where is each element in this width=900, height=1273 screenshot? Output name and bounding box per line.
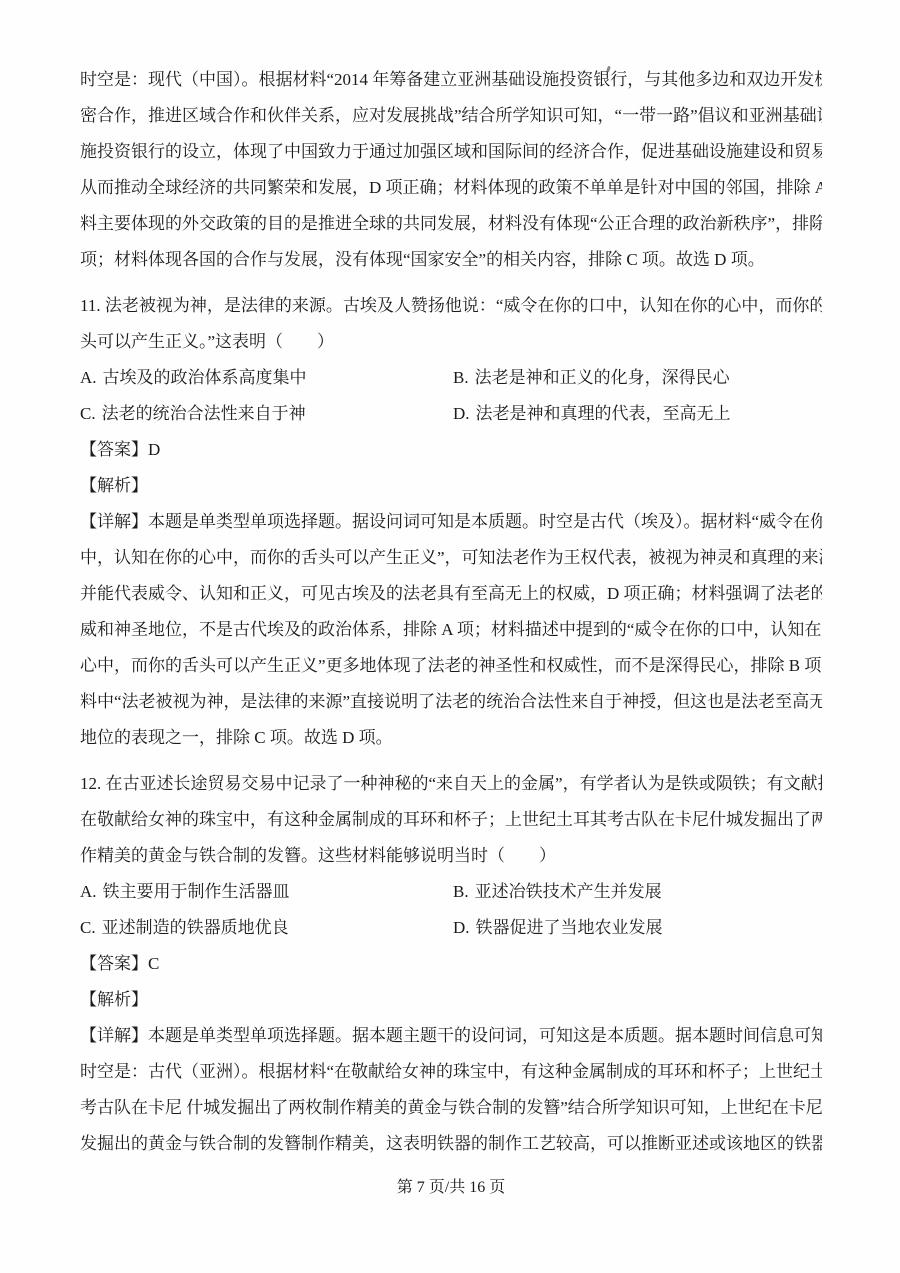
option-text: 古埃及的政治体系高度集中 [103,368,307,387]
option-b: B.亚述冶铁技术产生并发展 [453,874,662,910]
answer-value: C [148,954,159,973]
answer-explanation: 【详解】本题是单类型单项选择题。据本题主题干的设问词，可知这是本质题。据本题时间… [80,1018,822,1162]
option-text: 亚述冶铁技术产生并发展 [475,882,662,901]
explanation-line: 并能代表威令、认知和正义，可见古埃及的法老具有至高无上的权威，D 项正确；材料强… [80,576,822,612]
option-a: A.铁主要用于制作生活器皿 [80,874,453,910]
question-stem-line: 作精美的黄金与铁合制的发簪。这些材料能够说明当时（ ） [80,838,822,874]
option-label: B. [453,368,469,387]
answer-explanation: 【详解】本题是单类型单项选择题。据设问词可知是本质题。时空是古代（埃及）。据材料… [80,504,822,756]
option-label: D. [453,404,470,423]
option-label: C. [80,404,96,423]
text-line: 密合作，推进区域合作和伙伴关系，应对发展挑战”结合所学知识可知，“一带一路”倡议… [80,98,822,134]
option-text: 法老的统治合法性来自于神 [102,404,306,423]
option-a: A.古埃及的政治体系高度集中 [80,360,453,396]
answer-line: 【答案】D [80,432,822,468]
explanation-line: 威和神圣地位，不是古代埃及的政治体系，排除 A 项；材料描述中提到的“威令在你的… [80,612,822,648]
option-text: 法老是神和正义的化身，深得民心 [475,368,730,387]
options-row: C.法老的统治合法性来自于神 D.法老是神和真理的代表，至高无上 [80,396,822,432]
question-stem-line: 11. 法老被视为神，是法律的来源。古埃及人赞扬他说：“威令在你的口中，认知在你… [80,288,822,324]
document-page: 时空是：现代（中国）。根据材料“2014 年筹备建立亚洲基础设施投资银行，与其他… [0,0,900,1273]
option-label: A. [80,368,97,387]
explanation-line: 【详解】本题是单类型单项选择题。据本题主题干的设问词，可知这是本质题。据本题时间… [80,1018,822,1054]
option-label: A. [80,882,97,901]
question-12: 12. 在古亚述长途贸易交易中记录了一种神秘的“来自天上的金属”，有学者认为是铁… [80,766,822,1162]
option-label: B. [453,882,469,901]
explanation-line: 料中“法老被视为神，是法律的来源”直接说明了法老的统治合法性来自于神授，但这也是… [80,684,822,720]
analysis-label: 【解析】 [80,990,148,1009]
question-stem-line: 头可以产生正义。”这表明（ ） [80,324,822,360]
explanation-line: 考古队在卡尼 什城发掘出了两枚制作精美的黄金与铁合制的发簪”结合所学知识可知，上… [80,1090,822,1126]
option-d: D.铁器促进了当地农业发展 [453,910,663,946]
analysis-label: 【解析】 [80,476,148,495]
options-row: A.铁主要用于制作生活器皿 B.亚述冶铁技术产生并发展 [80,874,822,910]
option-b: B.法老是神和正义的化身，深得民心 [453,360,730,396]
text-line: 时空是：现代（中国）。根据材料“2014 年筹备建立亚洲基础设施投资银行，与其他… [80,62,822,98]
explanation-line: 【详解】本题是单类型单项选择题。据设问词可知是本质题。时空是古代（埃及）。据材料… [80,504,822,540]
explanation-line: 时空是：古代（亚洲）。根据材料“在敬献给女神的珠宝中，有这种金属制成的耳环和杯子… [80,1054,822,1090]
analysis-label-line: 【解析】 [80,982,822,1018]
text-line: 从而推动全球经济的共同繁荣和发展，D 项正确；材料体现的政策不单单是针对中国的邻… [80,170,822,206]
text-line: 料主要体现的外交政策的目的是推进全球的共同发展，材料没有体现“公正合理的政治新秩… [80,206,822,242]
answer-line: 【答案】C [80,946,822,982]
question-stem-line: 12. 在古亚述长途贸易交易中记录了一种神秘的“来自天上的金属”，有学者认为是铁… [80,766,822,802]
option-text: 法老是神和真理的代表，至高无上 [476,404,731,423]
option-text: 铁主要用于制作生活器皿 [103,882,290,901]
page-number: 第 7 页/共 16 页 [397,1179,505,1196]
explanation-line: 心中，而你的舌头可以产生正义”更多地体现了法老的神圣性和权威性，而不是深得民心，… [80,648,822,684]
explanation-line: 地位的表现之一，排除 C 项。故选 D 项。 [80,720,822,756]
option-c: C.亚述制造的铁器质地优良 [80,910,453,946]
explanation-line: 发掘出的黄金与铁合制的发簪制作精美，这表明铁器的制作工艺较高，可以推断亚述或该地… [80,1126,822,1162]
option-c: C.法老的统治合法性来自于神 [80,396,453,432]
text-line: 项；材料体现各国的合作与发展，没有体现“国家安全”的相关内容，排除 C 项。故选… [80,242,822,278]
option-text: 亚述制造的铁器质地优良 [102,918,289,937]
options-row: C.亚述制造的铁器质地优良 D.铁器促进了当地农业发展 [80,910,822,946]
option-text: 铁器促进了当地农业发展 [476,918,663,937]
text-line: 施投资银行的设立，体现了中国致力于通过加强区域和国际间的经济合作，促进基础设施建… [80,134,822,170]
explanation-line: 中，认知在你的心中，而你的舌头可以产生正义”，可知法老作为王权代表，被视为神灵和… [80,540,822,576]
page-footer: 第 7 页/共 16 页 [80,1176,822,1200]
option-label: C. [80,918,96,937]
answer-value: D [148,440,160,459]
answer-label: 【答案】 [80,440,148,459]
question-stem-line: 在敬献给女神的珠宝中，有这种金属制成的耳环和杯子；上世纪土耳其考古队在卡尼什城发… [80,802,822,838]
answer-label: 【答案】 [80,954,148,973]
option-d: D.法老是神和真理的代表，至高无上 [453,396,731,432]
question-11: 11. 法老被视为神，是法律的来源。古埃及人赞扬他说：“威令在你的口中，认知在你… [80,288,822,756]
page-content: 时空是：现代（中国）。根据材料“2014 年筹备建立亚洲基础设施投资银行，与其他… [0,0,900,1200]
answer-explanation-tail: 时空是：现代（中国）。根据材料“2014 年筹备建立亚洲基础设施投资银行，与其他… [80,62,822,278]
analysis-label-line: 【解析】 [80,468,822,504]
option-label: D. [453,918,470,937]
options-row: A.古埃及的政治体系高度集中 B.法老是神和正义的化身，深得民心 [80,360,822,396]
